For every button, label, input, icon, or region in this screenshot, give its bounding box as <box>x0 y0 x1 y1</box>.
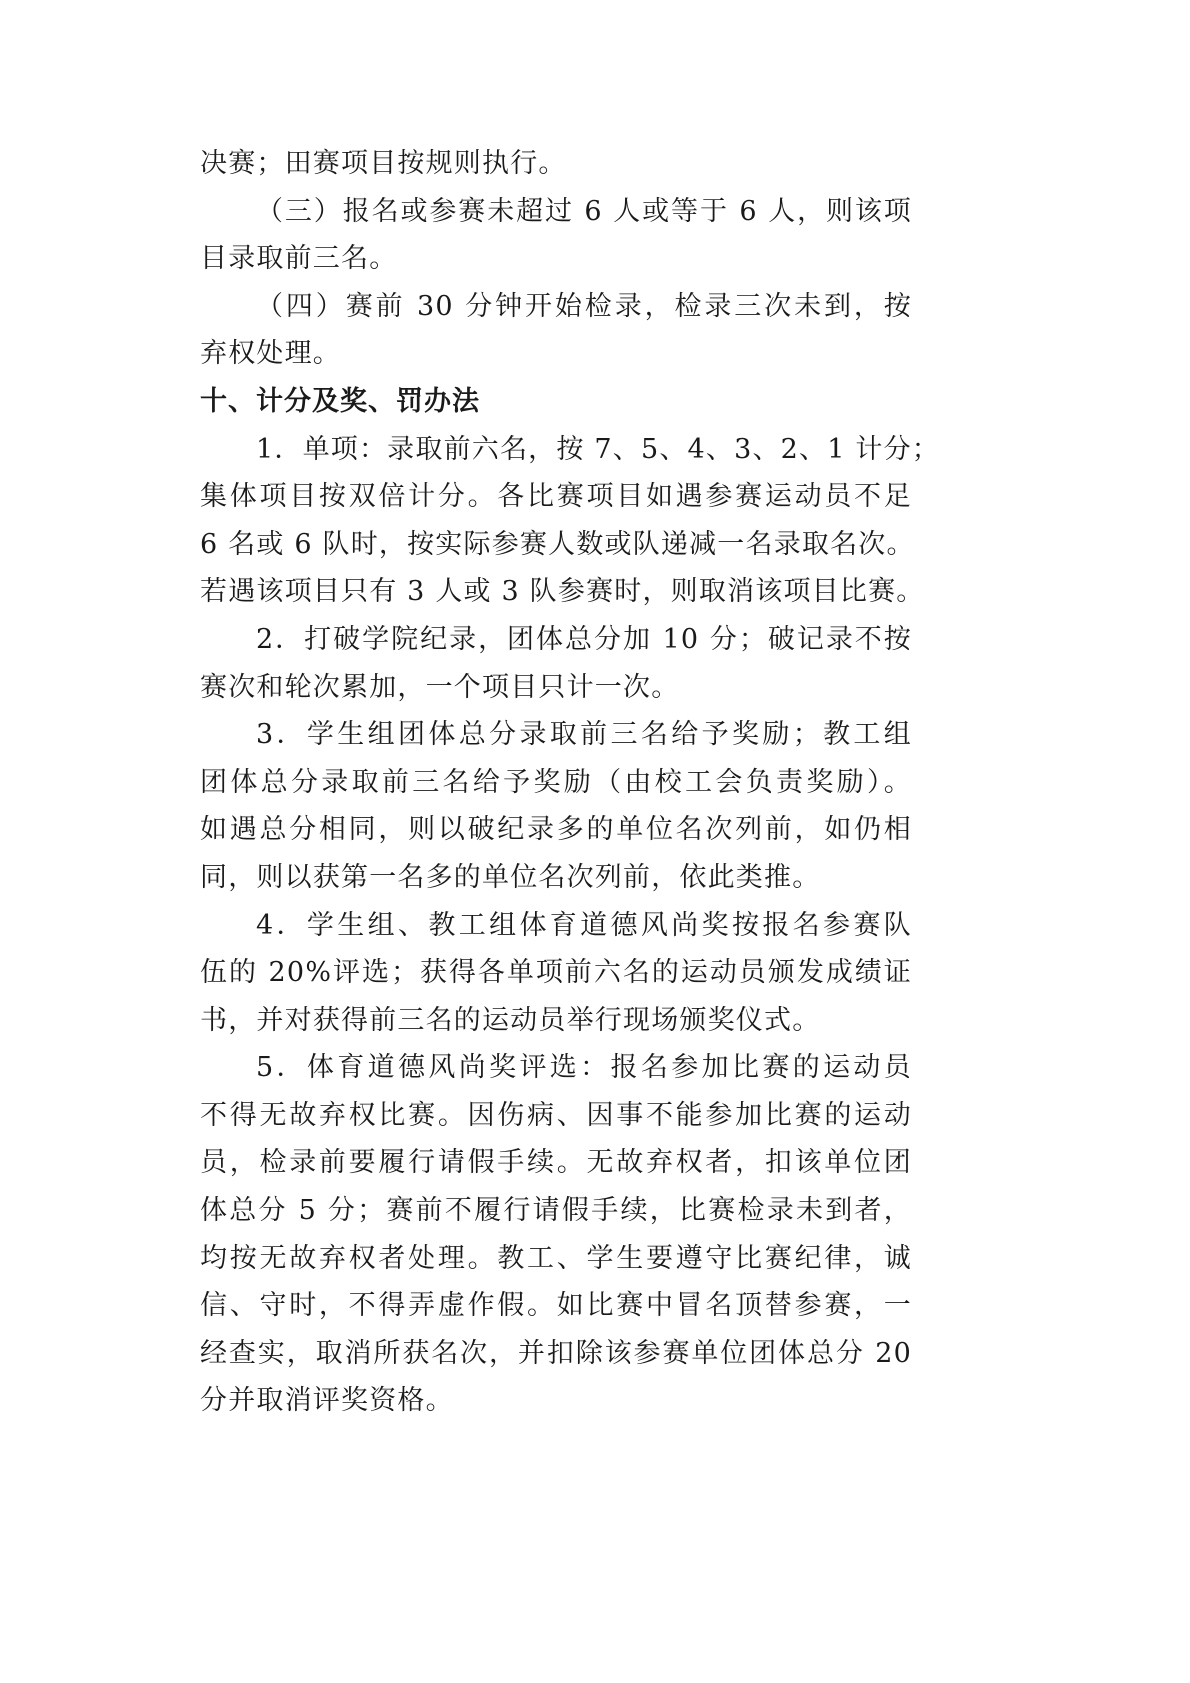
text-line: 1．单项：录取前六名，按 7、5、4、3、2、1 计分； <box>200 426 912 474</box>
text-line: 目录取前三名。 <box>200 235 912 283</box>
text-line: 员，检录前要履行请假手续。无故弃权者，扣该单位团 <box>200 1139 912 1187</box>
text-line: （三）报名或参赛未超过 6 人或等于 6 人，则该项 <box>200 188 912 236</box>
text-line: 5．体育道德风尚奖评选：报名参加比赛的运动员 <box>200 1044 912 1092</box>
document-page: 决赛；田赛项目按规则执行。 （三）报名或参赛未超过 6 人或等于 6 人，则该项… <box>200 140 912 1425</box>
text-line: 决赛；田赛项目按规则执行。 <box>200 140 912 188</box>
text-line: 赛次和轮次累加，一个项目只计一次。 <box>200 664 912 712</box>
text-line: 弃权处理。 <box>200 330 912 378</box>
text-line: 如遇总分相同，则以破纪录多的单位名次列前，如仍相 <box>200 806 912 854</box>
text-line: 书，并对获得前三名的运动员举行现场颁奖仪式。 <box>200 997 912 1045</box>
text-line: （四）赛前 30 分钟开始检录，检录三次未到，按 <box>200 283 912 331</box>
text-line: 若遇该项目只有 3 人或 3 队参赛时，则取消该项目比赛。 <box>200 568 912 616</box>
text-line: 同，则以获第一名多的单位名次列前，依此类推。 <box>200 854 912 902</box>
text-line: 4．学生组、教工组体育道德风尚奖按报名参赛队 <box>200 902 912 950</box>
text-line: 2．打破学院纪录，团体总分加 10 分；破记录不按 <box>200 616 912 664</box>
text-line: 体总分 5 分；赛前不履行请假手续，比赛检录未到者， <box>200 1187 912 1235</box>
text-line: 6 名或 6 队时，按实际参赛人数或队递减一名录取名次。 <box>200 521 912 569</box>
text-line: 伍的 20%评选；获得各单项前六名的运动员颁发成绩证 <box>200 949 912 997</box>
text-line: 集体项目按双倍计分。各比赛项目如遇参赛运动员不足 <box>200 473 912 521</box>
text-line: 经查实，取消所获名次，并扣除该参赛单位团体总分 20 <box>200 1330 912 1378</box>
text-line: 信、守时，不得弄虚作假。如比赛中冒名顶替参赛，一 <box>200 1282 912 1330</box>
text-line: 分并取消评奖资格。 <box>200 1377 912 1425</box>
section-heading: 十、计分及奖、罚办法 <box>200 378 912 426</box>
text-line: 均按无故弃权者处理。教工、学生要遵守比赛纪律，诚 <box>200 1235 912 1283</box>
text-line: 3．学生组团体总分录取前三名给予奖励；教工组 <box>200 711 912 759</box>
text-line: 不得无故弃权比赛。因伤病、因事不能参加比赛的运动 <box>200 1092 912 1140</box>
text-line: 团体总分录取前三名给予奖励（由校工会负责奖励）。 <box>200 759 912 807</box>
